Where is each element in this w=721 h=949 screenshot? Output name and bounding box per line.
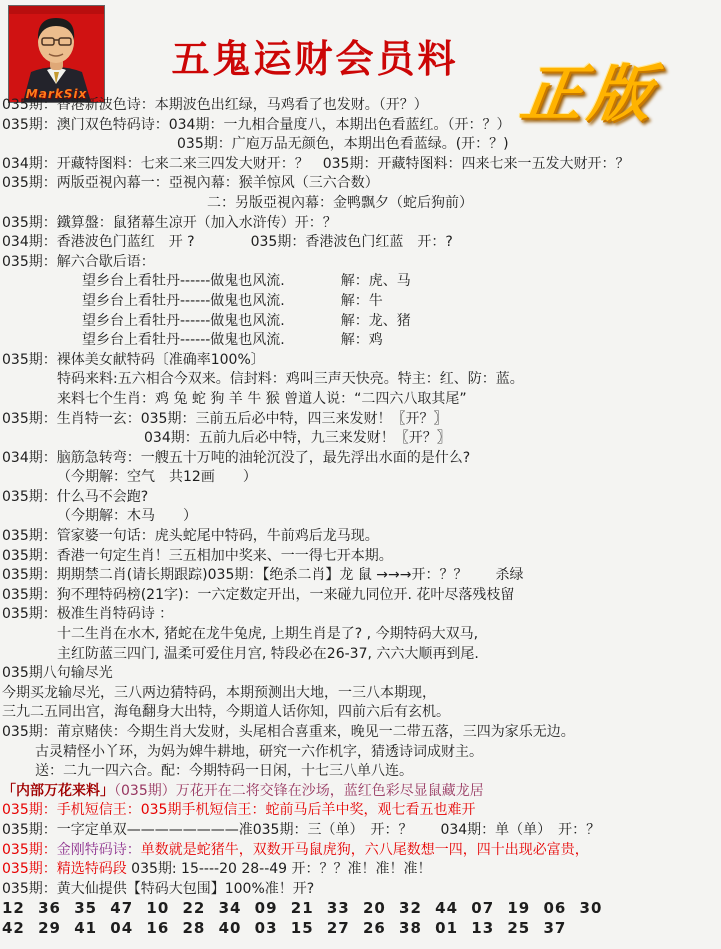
text-line: 42 29 41 04 16 28 40 03 15 27 26 38 01 1… (2, 919, 719, 939)
text-line: 035期：精选特码段 035期: 15----20 28--49 开：？？准！准… (2, 860, 719, 880)
text-line: 035期：广庖万品无颜色，本期出色看蓝绿。(开：？) (2, 135, 719, 155)
text-segment: 来料七个生肖：鸡 兔 蛇 狗 羊 牛 猴 曾道人说：“二四六八取其尾” (57, 391, 467, 407)
text-segment: 034期：五前九后必中特，九三来发财！〖开？〗 (144, 430, 451, 446)
text-segment: 035期： (2, 842, 57, 858)
text-line: 034期：脑筋急转弯：一艘五十万吨的油轮沉没了，最先浮出水面的是什么? (2, 449, 719, 469)
text-line: 035期：生肖特一玄：035期：三前五后必中特，四三来发财！〖开？〗 (2, 410, 719, 430)
text-segment: 035期：香港新波色诗：本期波色出红绿，马鸡看了也发财。（开？） (2, 97, 428, 113)
text-line: 035期：香港新波色诗：本期波色出红绿，马鸡看了也发财。（开？） (2, 96, 719, 116)
text-segment: （035期）万花开在二将交锋在沙场，蓝红色彩尽显鼠藏龙居 (114, 783, 484, 799)
text-line: 来料七个生肖：鸡 兔 蛇 狗 羊 牛 猴 曾道人说：“二四六八取其尾” (2, 390, 719, 410)
text-line: （今期解：空气 共12画 ） (2, 468, 719, 488)
text-segment: （今期解：空气 共12画 ） (57, 469, 257, 485)
text-line: 034期：香港波色门蓝红 开 ? 035期：香港波色门红蓝 开：? (2, 233, 719, 253)
text-segment: 035期八句输尽光 (2, 665, 113, 681)
text-line: 「内部万花来料」（035期）万花开在二将交锋在沙场，蓝红色彩尽显鼠藏龙居 (2, 782, 719, 802)
text-line: 035期：一字定单双————————准035期：三（单） 开：？ 034期：单（… (2, 821, 719, 841)
text-line: 035期：鐵算盤：鼠猪幕生凉开（加入水浒传）开：？ (2, 214, 719, 234)
text-segment: 035期：一字定单双————————准035期：三（单） 开：？ 034期：单（… (2, 822, 600, 838)
text-segment: 035期：解六合歇后语： (2, 254, 155, 270)
text-segment: 主红防蓝三四门, 温柔可爱住月宫, 特段必在26-37, 六六大顺再到尾. (57, 646, 479, 662)
text-segment: 035期：精选特码段 (2, 861, 131, 877)
text-segment: 「内部万花来料」 (2, 783, 114, 799)
text-line: 035期：期期禁二肖(请长期跟踪)035期：【绝杀二肖】龙 鼠 →→→开：？？ … (2, 566, 719, 586)
text-line: 望乡台上看牡丹------做鬼也风流. 解：鸡 (2, 331, 719, 351)
text-segment: 035期：澳门双色特码诗：034期：一九相合量度八，本期出色看蓝红。（开：？） (2, 117, 510, 133)
text-line: 今期买龙输尽光，三八两边猜特码，本期预测出大地，一三八本期现， (2, 684, 719, 704)
text-line: 035期：狗不理特码榜(21字)：一六定数定开出，一来碰九同位开. 花叶尽落残枝… (2, 586, 719, 606)
content-lines: 035期：香港新波色诗：本期波色出红绿，马鸡看了也发财。（开？）035期：澳门双… (2, 96, 719, 939)
text-segment: （今期解：木马 ） (57, 508, 197, 524)
text-segment: 035期：极准生肖特码诗 ： (2, 606, 173, 622)
text-segment: 特码来料:五六相合今双来。信封料：鸡叫三声天快亮。特主：红、防：蓝。 (57, 371, 524, 387)
text-segment: 035期：什么马不会跑? (2, 489, 148, 505)
text-line: 古灵精怪小丫环，为妈为婢牛耕地，研究一六作机字，猜透诗词成财主。 (2, 743, 719, 763)
text-line: 035期：金刚特码诗：单数就是蛇猪牛，双数开马鼠虎狗，六八尾数想一四，四十出现必… (2, 841, 719, 861)
text-segment: 035期：管家婆一句话：虎头蛇尾中特码，牛前鸡后龙马现。 (2, 528, 379, 544)
text-segment: 望乡台上看牡丹------做鬼也风流. 解：虎、马 (82, 273, 411, 289)
text-line: 034期：五前九后必中特，九三来发财！〖开？〗 (2, 429, 719, 449)
text-line: 034期：开藏特图料：七来二来三四发大财开：？ 035期：开藏特图料：四来七来一… (2, 155, 719, 175)
text-line: 035期：什么马不会跑? (2, 488, 719, 508)
text-line: 035期：澳门双色特码诗：034期：一九相合量度八，本期出色看蓝红。（开：？） (2, 116, 719, 136)
text-segment: 035期：鐵算盤：鼠猪幕生凉开（加入水浒传）开：？ (2, 215, 337, 231)
text-segment: 034期：香港波色门蓝红 开 ? 035期：香港波色门红蓝 开：? (2, 234, 453, 250)
text-segment: 送：二九一四六合。配：今期特码一日闲，十七三八单八连。 (35, 763, 413, 779)
text-segment: 035期: 15----20 28--49 开：？？准！准！准！ (131, 861, 431, 877)
text-line: 望乡台上看牡丹------做鬼也风流. 解：虎、马 (2, 272, 719, 292)
text-line: 十二生肖在水木, 猪蛇在龙牛兔虎, 上期生肖是了? , 今期特码大双马, (2, 625, 719, 645)
text-segment: 望乡台上看牡丹------做鬼也风流. 解：鸡 (82, 332, 383, 348)
page: { "header": { "title": "五鬼运财会员料", "stamp… (0, 0, 721, 949)
portrait-photo: MarkSix (8, 5, 105, 103)
text-line: 035期：黄大仙提供【特码大包围】100%准！开? (2, 880, 719, 900)
text-segment: 035期：裸体美女献特码〔准确率100%〕 (2, 352, 265, 368)
text-segment: 034期：脑筋急转弯：一艘五十万吨的油轮沉没了，最先浮出水面的是什么? (2, 450, 470, 466)
text-segment: 单数就是蛇猪牛，双数开马鼠虎狗，六八尾数想一四，四十出现必富贵， (141, 842, 589, 858)
text-segment: 12 36 35 47 10 22 34 09 21 33 20 32 44 0… (2, 899, 602, 917)
text-line: 主红防蓝三四门, 温柔可爱住月宫, 特段必在26-37, 六六大顺再到尾. (2, 645, 719, 665)
text-line: 035期：裸体美女献特码〔准确率100%〕 (2, 351, 719, 371)
text-segment: 035期：黄大仙提供【特码大包围】100%准！开? (2, 881, 314, 897)
text-line: 送：二九一四六合。配：今期特码一日闲，十七三八单八连。 (2, 762, 719, 782)
text-line: 035期八句输尽光 (2, 664, 719, 684)
text-segment: 望乡台上看牡丹------做鬼也风流. 解：牛 (82, 293, 383, 309)
text-segment: 035期：狗不理特码榜(21字)：一六定数定开出，一来碰九同位开. 花叶尽落残枝… (2, 587, 514, 603)
text-line: 特码来料:五六相合今双来。信封料：鸡叫三声天快亮。特主：红、防：蓝。 (2, 370, 719, 390)
text-line: 035期：莆京赌侠：今期生肖大发财，头尾相合喜重来，晚见一二带五落，三四为家乐无… (2, 723, 719, 743)
text-line: 035期：极准生肖特码诗 ： (2, 605, 719, 625)
text-line: 035期：手机短信王：035期手机短信王：蛇前马后羊中奖，观七看五也难开 (2, 801, 719, 821)
text-segment: 035期：香港一句定生肖！三五相加中奖来、一一得七开本期。 (2, 548, 393, 564)
text-segment: 古灵精怪小丫环，为妈为婢牛耕地，研究一六作机字，猜透诗词成财主。 (35, 744, 483, 760)
text-line: 望乡台上看牡丹------做鬼也风流. 解：龙、猪 (2, 312, 719, 332)
text-line: 035期：香港一句定生肖！三五相加中奖来、一一得七开本期。 (2, 547, 719, 567)
text-line: 035期：两版亞視內幕一：亞視內幕：猴羊惊风（三六合数） (2, 174, 719, 194)
text-segment: 42 29 41 04 16 28 40 03 15 27 26 38 01 1… (2, 919, 566, 937)
text-segment: 金刚特码诗： (57, 842, 141, 858)
text-line: 三九二五同出宫，海龟翻身大出特，今期道人话你知，四前六后有玄机。 (2, 703, 719, 723)
text-segment: 035期：手机短信王：035期手机短信王：蛇前马后羊中奖，观七看五也难开 (2, 802, 475, 818)
text-segment: 035期：广庖万品无颜色，本期出色看蓝绿。(开：？) (177, 136, 509, 152)
text-segment: 三九二五同出宫，海龟翻身大出特，今期道人话你知，四前六后有玄机。 (2, 704, 450, 720)
text-line: 12 36 35 47 10 22 34 09 21 33 20 32 44 0… (2, 899, 719, 919)
text-line: 035期：管家婆一句话：虎头蛇尾中特码，牛前鸡后龙马现。 (2, 527, 719, 547)
text-line: （今期解：木马 ） (2, 507, 719, 527)
text-segment: 035期：期期禁二肖(请长期跟踪)035期：【绝杀二肖】龙 鼠 →→→开：？？ … (2, 567, 523, 583)
text-segment: 今期买龙输尽光，三八两边猜特码，本期预测出大地，一三八本期现， (2, 685, 436, 701)
text-segment: 035期：莆京赌侠：今期生肖大发财，头尾相合喜重来，晚见一二带五落，三四为家乐无… (2, 724, 575, 740)
text-line: 二：另版亞視內幕：金鸭飘夕（蛇后狗前） (2, 194, 719, 214)
page-title: 五鬼运财会员料 (130, 28, 500, 83)
text-line: 035期：解六合歇后语： (2, 253, 719, 273)
text-segment: 望乡台上看牡丹------做鬼也风流. 解：龙、猪 (82, 313, 411, 329)
text-segment: 035期：两版亞視內幕一：亞視內幕：猴羊惊风（三六合数） (2, 175, 379, 191)
text-segment: 034期：开藏特图料：七来二来三四发大财开：？ 035期：开藏特图料：四来七来一… (2, 156, 629, 172)
text-line: 望乡台上看牡丹------做鬼也风流. 解：牛 (2, 292, 719, 312)
text-segment: 二：另版亞視內幕：金鸭飘夕（蛇后狗前） (207, 195, 473, 211)
text-segment: 十二生肖在水木, 猪蛇在龙牛兔虎, 上期生肖是了? , 今期特码大双马, (57, 626, 478, 642)
text-segment: 035期：生肖特一玄：035期：三前五后必中特，四三来发财！〖开？〗 (2, 411, 447, 427)
